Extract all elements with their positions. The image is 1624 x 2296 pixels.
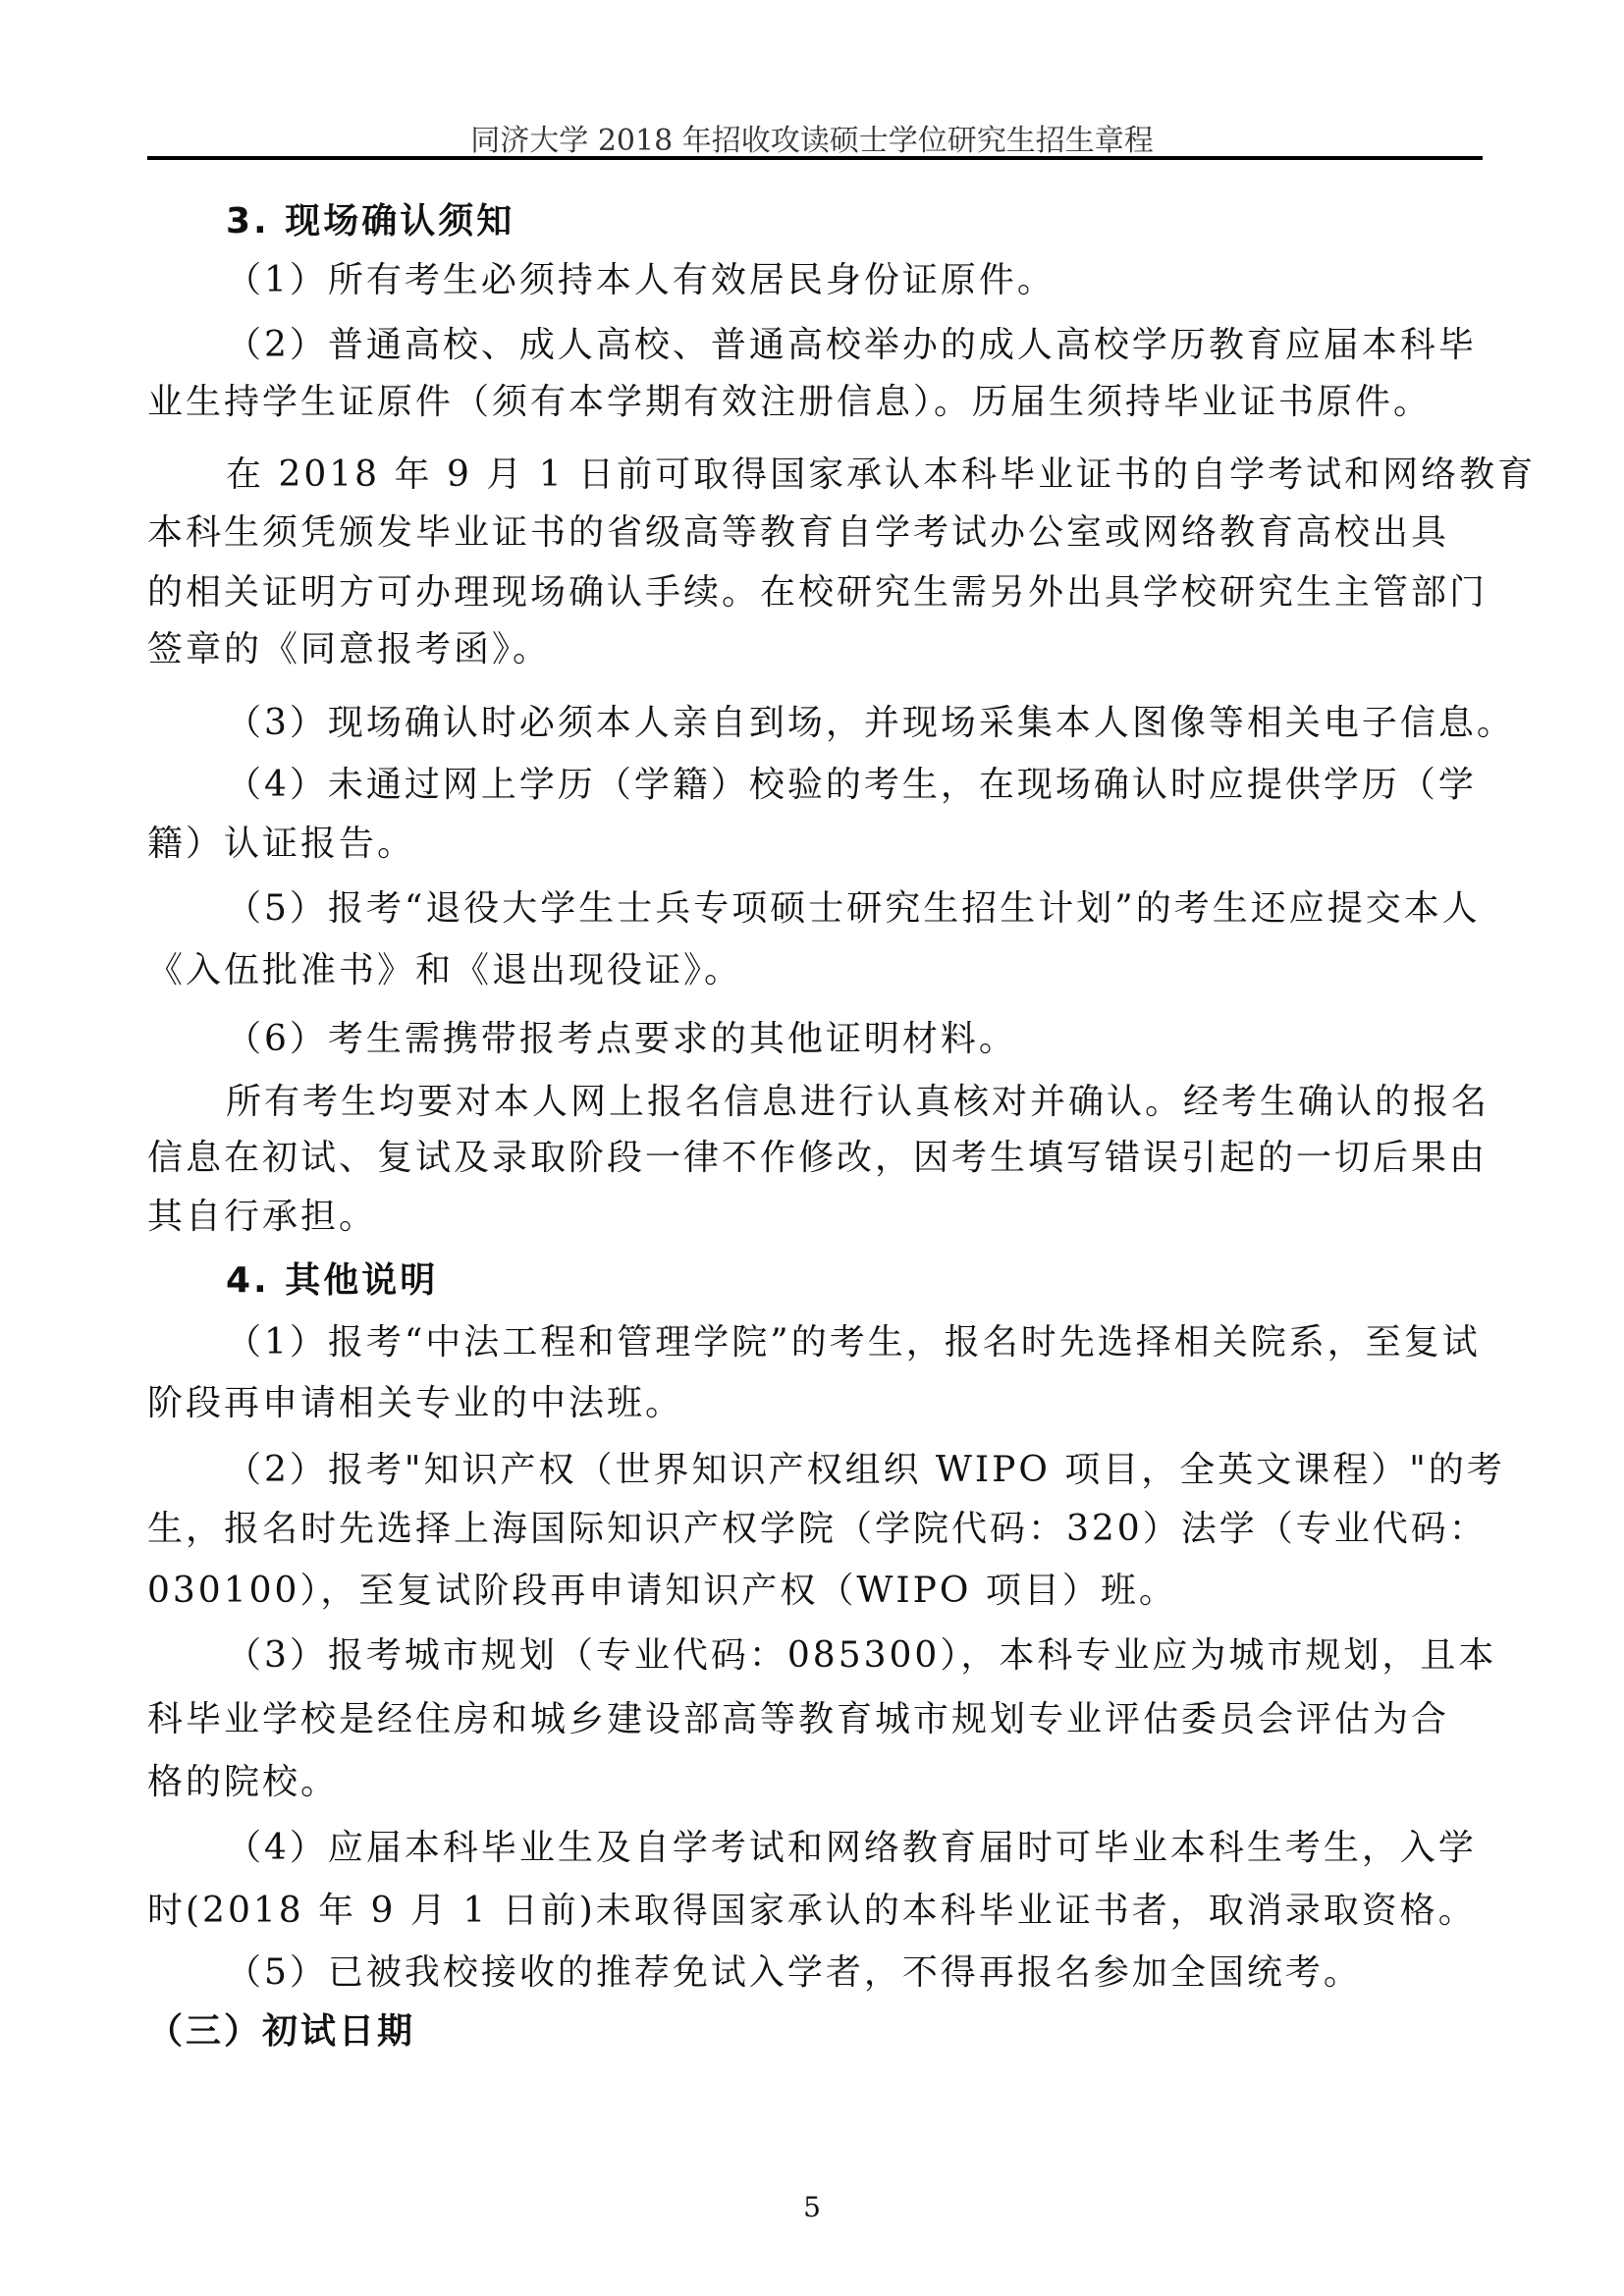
- text-line: 其自行承担。: [147, 1196, 1483, 1239]
- page-number: 5: [0, 2191, 1624, 2223]
- text-line: 030100），至复试阶段再申请知识产权（WIPO 项目）班。: [147, 1570, 1483, 1613]
- text-line: 签章的《同意报考函》。: [147, 628, 1483, 671]
- text-line: 的相关证明方可办理现场确认手续。在校研究生需另外出具学校研究生主管部门: [147, 571, 1483, 614]
- text-line: 所有考生均要对本人网上报名信息进行认真核对并确认。经考生确认的报名: [147, 1081, 1561, 1124]
- section-heading: 4. 其他说明: [147, 1259, 1561, 1303]
- header-rule: [147, 156, 1483, 160]
- text-line: 阶段再申请相关专业的中法班。: [147, 1382, 1483, 1425]
- section-heading: （三）初试日期: [147, 2010, 1483, 2054]
- text-line: 在 2018 年 9 月 1 日前可取得国家承认本科毕业证书的自学考试和网络教育: [147, 454, 1561, 497]
- text-line: 籍）认证报告。: [147, 823, 1483, 866]
- section-heading: 3. 现场确认须知: [147, 200, 1561, 243]
- text-line: 科毕业学校是经住房和城乡建设部高等教育城市规划专业评估委员会评估为合: [147, 1698, 1483, 1741]
- page-header: 同济大学 2018 年招收攻读硕士学位研究生招生章程: [0, 116, 1624, 159]
- text-line: （1）报考“中法工程和管理学院”的考生，报名时先选择相关院系，至复试: [147, 1321, 1561, 1364]
- text-line: 业生持学生证原件（须有本学期有效注册信息）。历届生须持毕业证书原件。: [147, 381, 1483, 424]
- text-line: 《入伍批准书》和《退出现役证》。: [147, 949, 1483, 992]
- text-line: （4）应届本科毕业生及自学考试和网络教育届时可毕业本科生考生，入学: [147, 1827, 1561, 1870]
- text-line: （1）所有考生必须持本人有效居民身份证原件。: [147, 259, 1561, 302]
- text-line: 生，报名时先选择上海国际知识产权学院（学院代码：320）法学（专业代码：: [147, 1508, 1483, 1551]
- text-line: （6）考生需携带报考点要求的其他证明材料。: [147, 1018, 1561, 1061]
- text-line: 格的院校。: [147, 1761, 1483, 1804]
- text-line: （5）已被我校接收的推荐免试入学者，不得再报名参加全国统考。: [147, 1951, 1561, 1995]
- text-line: 信息在初试、复试及录取阶段一律不作修改，因考生填写错误引起的一切后果由: [147, 1137, 1483, 1180]
- text-line: （3）报考城市规划（专业代码：085300），本科专业应为城市规划，且本: [147, 1634, 1561, 1678]
- text-line: （5）报考“退役大学生士兵专项硕士研究生招生计划”的考生还应提交本人: [147, 887, 1561, 931]
- text-line: 本科生须凭颁发毕业证书的省级高等教育自学考试办公室或网络教育高校出具: [147, 511, 1483, 555]
- text-line: （4）未通过网上学历（学籍）校验的考生，在现场确认时应提供学历（学: [147, 764, 1561, 807]
- text-line: （2）报考"知识产权（世界知识产权组织 WIPO 项目，全英文课程）"的考: [147, 1449, 1561, 1492]
- text-line: （3）现场确认时必须本人亲自到场，并现场采集本人图像等相关电子信息。: [147, 702, 1561, 745]
- text-line: 时(2018 年 9 月 1 日前)未取得国家承认的本科毕业证书者，取消录取资格…: [147, 1890, 1483, 1933]
- text-line: （2）普通高校、成人高校、普通高校举办的成人高校学历教育应届本科毕: [147, 324, 1561, 367]
